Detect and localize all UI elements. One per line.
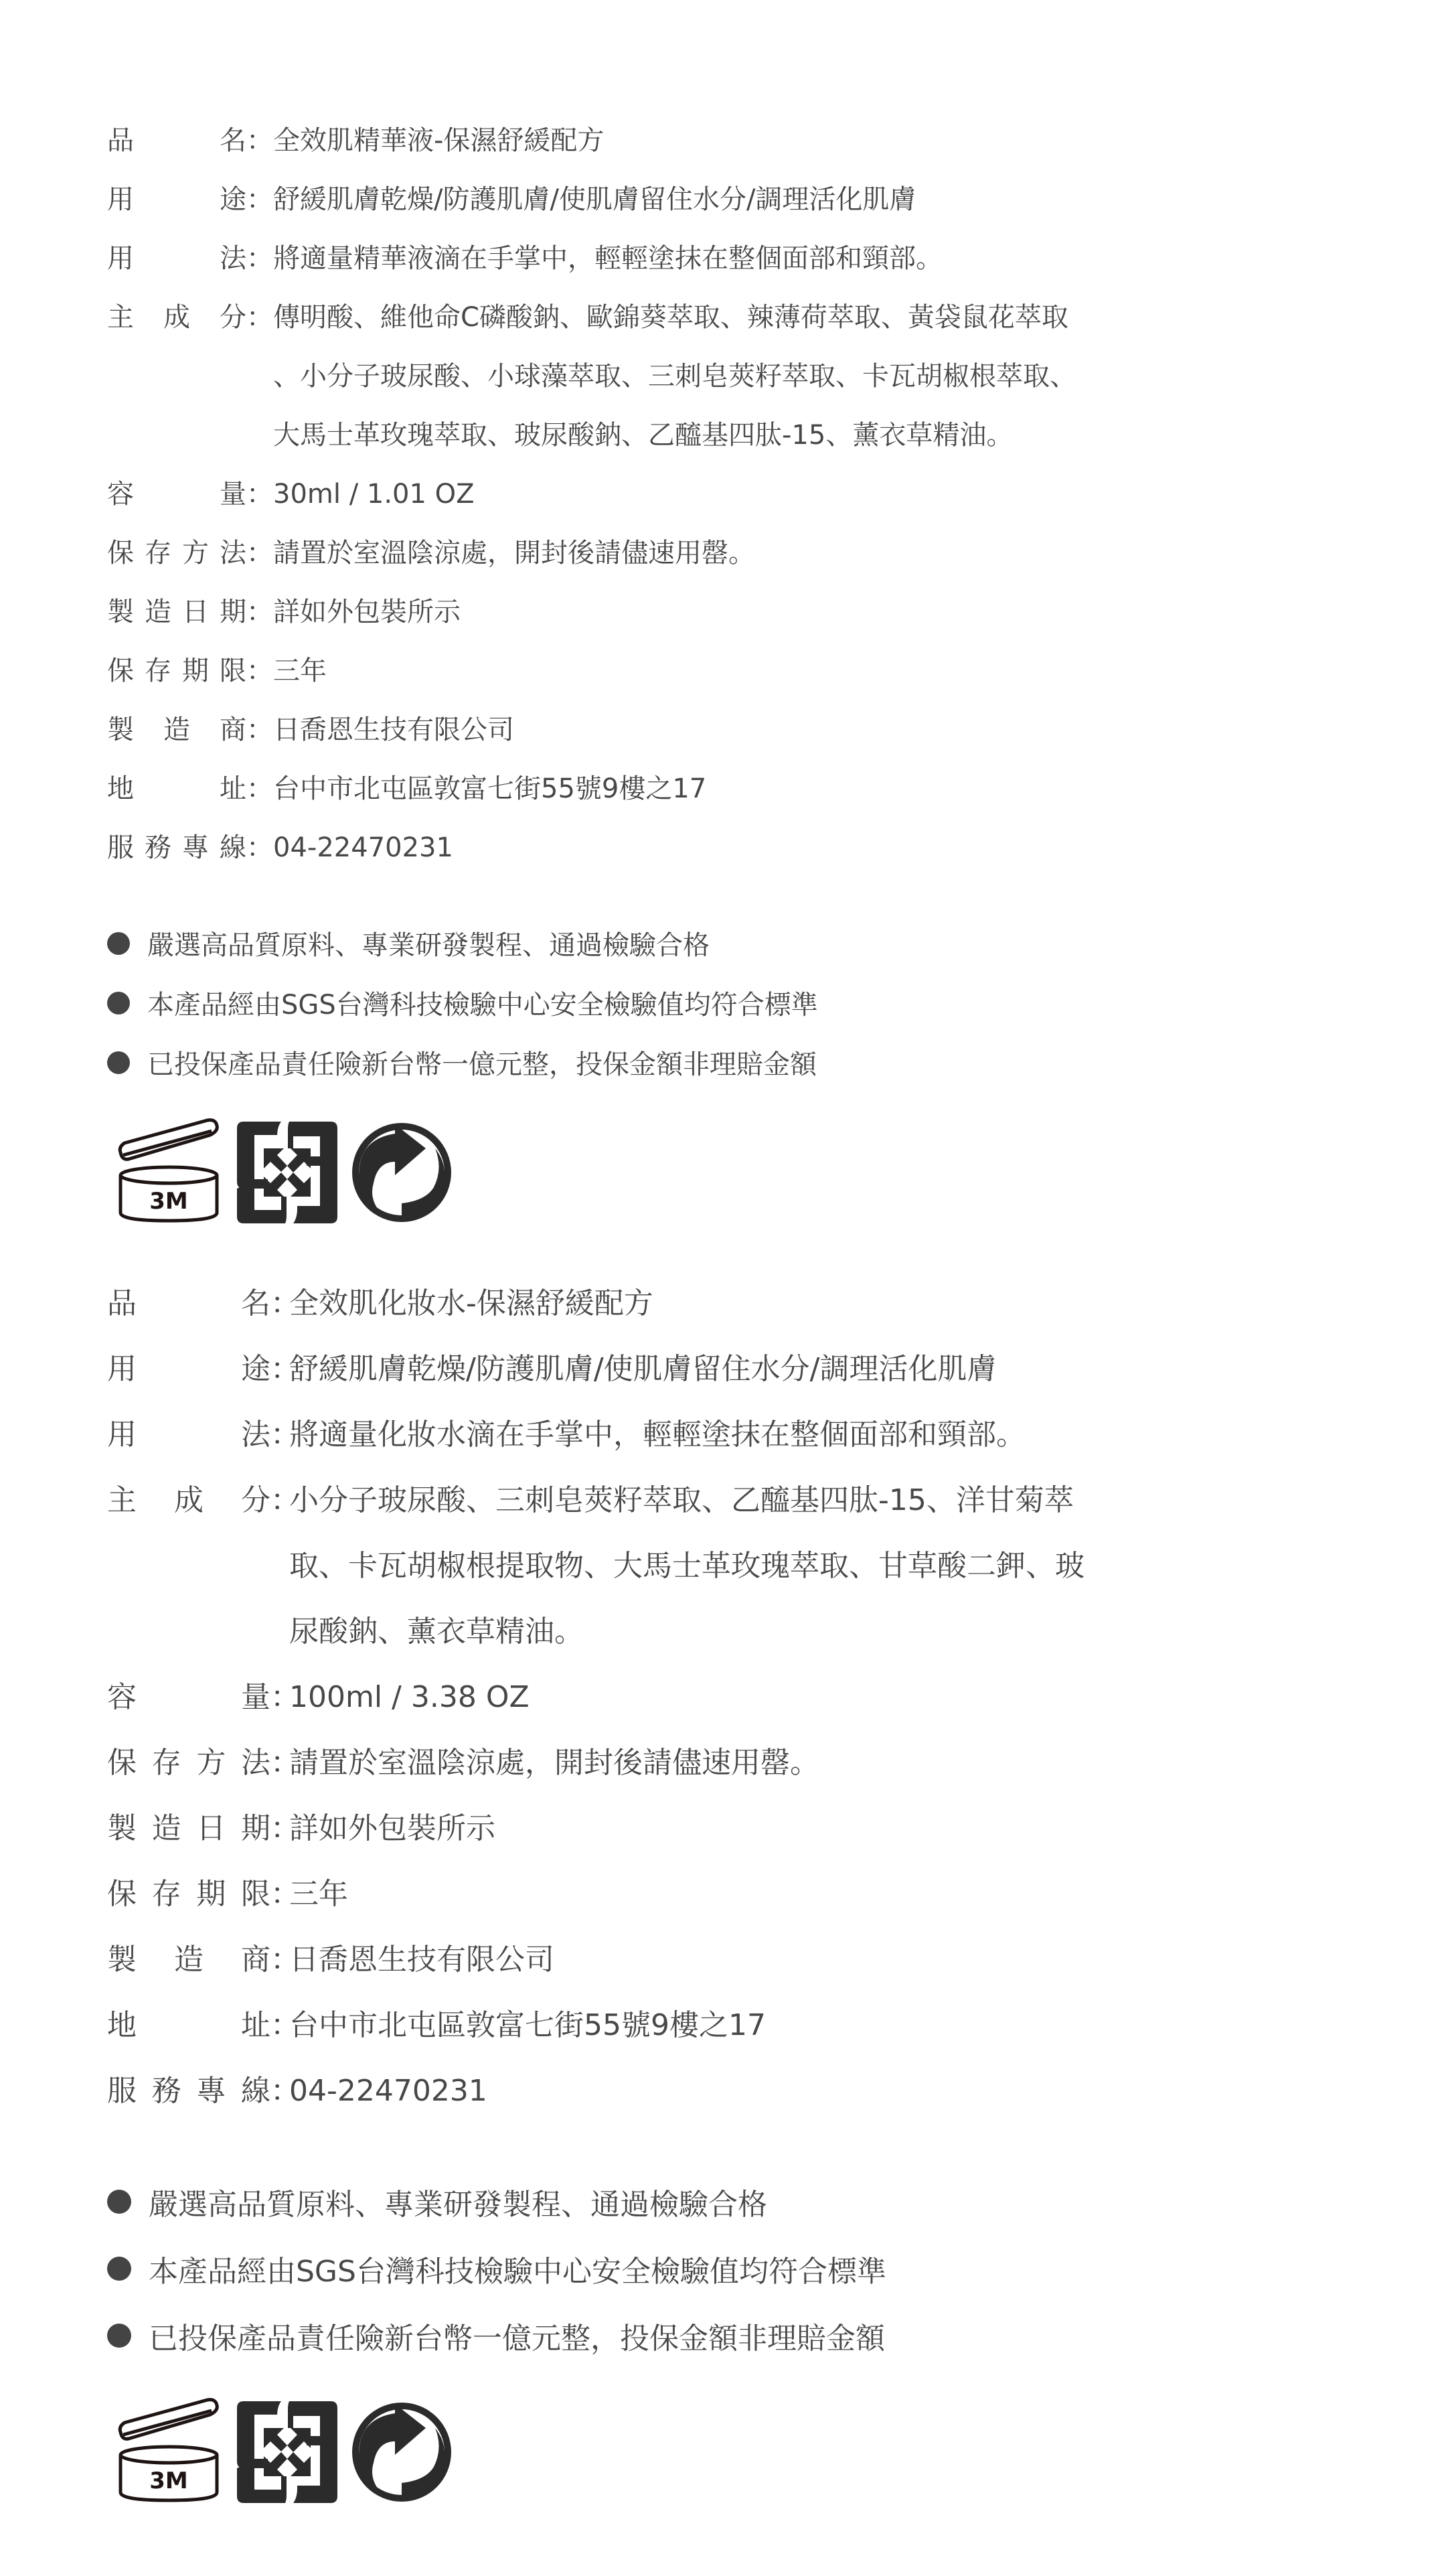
spec-row-volume: 容 量 ： 30ml / 1.01 OZ bbox=[107, 465, 1076, 524]
ingredients-line: 尿酸鈉、薰衣草精油。 bbox=[289, 1599, 1084, 1665]
bullet-dot-icon bbox=[107, 2190, 131, 2214]
spec-label: 用 法 bbox=[107, 229, 246, 288]
spec-value: 日喬恩生技有限公司 bbox=[273, 700, 514, 759]
ingredients-value: 小分子玻尿酸、三刺皂莢籽萃取、乙醯基四肽-15、洋甘菊萃 取、卡瓦胡椒根提取物、… bbox=[289, 1468, 1084, 1665]
colon: ： bbox=[270, 1468, 289, 1533]
bullet-dot-icon bbox=[107, 1051, 130, 1074]
certification-icons: 3M bbox=[115, 1115, 1076, 1223]
colon: ： bbox=[270, 1337, 289, 1402]
spec-row-ingredients: 主 成 分 ： 傳明酸、維他命C磷酸鈉、歐錦葵萃取、辣薄荷萃取、黃袋鼠花萃取 、… bbox=[107, 288, 1076, 465]
colon: ： bbox=[246, 641, 273, 700]
spec-row-usage: 用 法 ： 將適量精華液滴在手掌中，輕輕塗抹在整個面部和頸部。 bbox=[107, 229, 1076, 288]
spec-label: 製 造 商 bbox=[107, 700, 246, 759]
spec-label: 製 造 商 bbox=[107, 1927, 270, 1993]
colon: ： bbox=[270, 1862, 289, 1927]
spec-row-purpose: 用 途 ： 舒緩肌膚乾燥/防護肌膚/使肌膚留住水分/調理活化肌膚 bbox=[107, 1337, 1084, 1402]
spec-row-manufacture-date: 製 造 日 期 ： 詳如外包裝所示 bbox=[107, 583, 1076, 641]
green-dot-icon bbox=[351, 2401, 453, 2503]
spec-value: 請置於室溫陰涼處，開封後請儘速用罄。 bbox=[289, 1730, 819, 1796]
spec-row-manufacture-date: 製 造 日 期 ： 詳如外包裝所示 bbox=[107, 1796, 1084, 1862]
spec-label: 主 成 分 bbox=[107, 288, 246, 347]
spec-value: 04-22470231 bbox=[289, 2058, 487, 2124]
green-dot-icon bbox=[351, 1122, 453, 1223]
spec-row-address: 地 址 ： 台中市北屯區敦富七街55號9樓之17 bbox=[107, 759, 1076, 818]
bullet-item: 本產品經由SGS台灣科技檢驗中心安全檢驗值均符合標準 bbox=[107, 2235, 1084, 2302]
period-after-opening-jar-icon: 3M bbox=[115, 2395, 224, 2503]
spec-value: 台中市北屯區敦富七街55號9樓之17 bbox=[289, 1993, 766, 2058]
spec-row-purpose: 用 途 ： 舒緩肌膚乾燥/防護肌膚/使肌膚留住水分/調理活化肌膚 bbox=[107, 170, 1076, 229]
colon: ： bbox=[270, 1730, 289, 1796]
colon: ： bbox=[246, 288, 273, 347]
spec-label: 製 造 日 期 bbox=[107, 1796, 270, 1862]
colon: ： bbox=[246, 465, 273, 524]
colon: ： bbox=[270, 1993, 289, 2058]
spec-label: 品 名 bbox=[107, 1271, 270, 1337]
bullet-dot-icon bbox=[107, 2324, 131, 2348]
spec-row-storage: 保 存 方 法 ： 請置於室溫陰涼處，開封後請儘速用罄。 bbox=[107, 524, 1076, 583]
spec-row-usage: 用 法 ： 將適量化妝水滴在手掌中，輕輕塗抹在整個面部和頸部。 bbox=[107, 1402, 1084, 1468]
spec-value: 舒緩肌膚乾燥/防護肌膚/使肌膚留住水分/調理活化肌膚 bbox=[289, 1337, 996, 1402]
spec-value: 請置於室溫陰涼處，開封後請儘速用罄。 bbox=[273, 524, 755, 583]
spec-label: 主 成 分 bbox=[107, 1468, 270, 1533]
product-spec-toner: 品 名 ： 全效肌化妝水-保濕舒緩配方 用 途 ： 舒緩肌膚乾燥/防護肌膚/使肌… bbox=[107, 1271, 1084, 2503]
ingredients-line: 傳明酸、維他命C磷酸鈉、歐錦葵萃取、辣薄荷萃取、黃袋鼠花萃取 bbox=[273, 288, 1076, 347]
battery-recycling-icon bbox=[237, 1122, 337, 1223]
spec-label: 保 存 期 限 bbox=[107, 641, 246, 700]
spec-value: 將適量精華液滴在手掌中，輕輕塗抹在整個面部和頸部。 bbox=[273, 229, 943, 288]
spec-row-address: 地 址 ： 台中市北屯區敦富七街55號9樓之17 bbox=[107, 1993, 1084, 2058]
bullet-dot-icon bbox=[107, 932, 130, 955]
bullet-item: 本產品經由SGS台灣科技檢驗中心安全檢驗值均符合標準 bbox=[107, 973, 1076, 1033]
spec-label: 保 存 方 法 bbox=[107, 524, 246, 583]
battery-recycling-icon bbox=[237, 2401, 337, 2503]
bullet-item: 嚴選高品質原料、專業研發製程、通過檢驗合格 bbox=[107, 913, 1076, 973]
ingredients-line: 大馬士革玫瑰萃取、玻尿酸鈉、乙醯基四肽-15、薰衣草精油。 bbox=[273, 406, 1076, 465]
spec-label: 服 務 專 線 bbox=[107, 2058, 270, 2124]
spec-row-shelf-life: 保 存 期 限 ： 三年 bbox=[107, 1862, 1084, 1927]
spec-row-product-name: 品 名 ： 全效肌化妝水-保濕舒緩配方 bbox=[107, 1271, 1084, 1337]
spec-row-product-name: 品 名 ： 全效肌精華液-保濕舒緩配方 bbox=[107, 111, 1076, 170]
spec-row-manufacturer: 製 造 商 ： 日喬恩生技有限公司 bbox=[107, 1927, 1084, 1993]
colon: ： bbox=[270, 1402, 289, 1468]
colon: ： bbox=[246, 700, 273, 759]
spec-value: 三年 bbox=[273, 641, 327, 700]
colon: ： bbox=[270, 1796, 289, 1862]
spec-value: 100ml / 3.38 OZ bbox=[289, 1665, 530, 1730]
colon: ： bbox=[246, 583, 273, 641]
bullet-dot-icon bbox=[107, 2257, 131, 2281]
bullet-item: 已投保產品責任險新台幣一億元整，投保金額非理賠金額 bbox=[107, 1033, 1076, 1092]
spec-row-service-line: 服 務 專 線 ： 04-22470231 bbox=[107, 2058, 1084, 2124]
colon: ： bbox=[270, 1665, 289, 1730]
spec-value: 30ml / 1.01 OZ bbox=[273, 465, 475, 524]
spec-label: 地 址 bbox=[107, 1993, 270, 2058]
spec-row-service-line: 服 務 專 線 ： 04-22470231 bbox=[107, 818, 1076, 877]
spec-list: 品 名 ： 全效肌精華液-保濕舒緩配方 用 途 ： 舒緩肌膚乾燥/防護肌膚/使肌… bbox=[107, 111, 1076, 877]
svg-text:3M: 3M bbox=[149, 1188, 188, 1215]
spec-value: 日喬恩生技有限公司 bbox=[289, 1927, 554, 1993]
quality-bullet-list: 嚴選高品質原料、專業研發製程、通過檢驗合格 本產品經由SGS台灣科技檢驗中心安全… bbox=[107, 2168, 1084, 2369]
spec-value: 04-22470231 bbox=[273, 818, 453, 877]
spec-label: 保 存 期 限 bbox=[107, 1862, 270, 1927]
quality-bullet-list: 嚴選高品質原料、專業研發製程、通過檢驗合格 本產品經由SGS台灣科技檢驗中心安全… bbox=[107, 913, 1076, 1092]
bullet-item: 已投保產品責任險新台幣一億元整，投保金額非理賠金額 bbox=[107, 2302, 1084, 2369]
bullet-item: 嚴選高品質原料、專業研發製程、通過檢驗合格 bbox=[107, 2168, 1084, 2235]
spec-label: 容 量 bbox=[107, 1665, 270, 1730]
ingredients-value: 傳明酸、維他命C磷酸鈉、歐錦葵萃取、辣薄荷萃取、黃袋鼠花萃取 、小分子玻尿酸、小… bbox=[273, 288, 1076, 465]
colon: ： bbox=[246, 229, 273, 288]
certification-icons: 3M bbox=[115, 2395, 1084, 2503]
spec-label: 地 址 bbox=[107, 759, 246, 818]
spec-value: 台中市北屯區敦富七街55號9樓之17 bbox=[273, 759, 706, 818]
colon: ： bbox=[270, 2058, 289, 2124]
svg-text:3M: 3M bbox=[149, 2468, 188, 2494]
bullet-dot-icon bbox=[107, 992, 130, 1014]
period-after-opening-jar-icon: 3M bbox=[115, 1115, 224, 1223]
colon: ： bbox=[246, 759, 273, 818]
spec-value: 將適量化妝水滴在手掌中，輕輕塗抹在整個面部和頸部。 bbox=[289, 1402, 1026, 1468]
spec-label: 製 造 日 期 bbox=[107, 583, 246, 641]
colon: ： bbox=[270, 1271, 289, 1337]
spec-row-ingredients: 主 成 分 ： 小分子玻尿酸、三刺皂莢籽萃取、乙醯基四肽-15、洋甘菊萃 取、卡… bbox=[107, 1468, 1084, 1665]
colon: ： bbox=[246, 170, 273, 229]
ingredients-line: 小分子玻尿酸、三刺皂莢籽萃取、乙醯基四肽-15、洋甘菊萃 bbox=[289, 1468, 1084, 1533]
spec-value: 全效肌精華液-保濕舒緩配方 bbox=[273, 111, 604, 170]
spec-label: 用 途 bbox=[107, 1337, 270, 1402]
spec-label: 服 務 專 線 bbox=[107, 818, 246, 877]
spec-value: 全效肌化妝水-保濕舒緩配方 bbox=[289, 1271, 653, 1337]
spec-row-storage: 保 存 方 法 ： 請置於室溫陰涼處，開封後請儘速用罄。 bbox=[107, 1730, 1084, 1796]
spec-label: 品 名 bbox=[107, 111, 246, 170]
ingredients-line: 、小分子玻尿酸、小球藻萃取、三刺皂莢籽萃取、卡瓦胡椒根萃取、 bbox=[273, 347, 1076, 406]
spec-value: 詳如外包裝所示 bbox=[289, 1796, 495, 1862]
colon: ： bbox=[246, 818, 273, 877]
spec-label: 用 法 bbox=[107, 1402, 270, 1468]
product-spec-serum: 品 名 ： 全效肌精華液-保濕舒緩配方 用 途 ： 舒緩肌膚乾燥/防護肌膚/使肌… bbox=[107, 111, 1076, 1223]
spec-value: 詳如外包裝所示 bbox=[273, 583, 461, 641]
spec-label: 用 途 bbox=[107, 170, 246, 229]
spec-row-shelf-life: 保 存 期 限 ： 三年 bbox=[107, 641, 1076, 700]
ingredients-line: 取、卡瓦胡椒根提取物、大馬士革玫瑰萃取、甘草酸二鉀、玻 bbox=[289, 1533, 1084, 1599]
spec-row-manufacturer: 製 造 商 ： 日喬恩生技有限公司 bbox=[107, 700, 1076, 759]
colon: ： bbox=[246, 111, 273, 170]
colon: ： bbox=[246, 524, 273, 583]
spec-list: 品 名 ： 全效肌化妝水-保濕舒緩配方 用 途 ： 舒緩肌膚乾燥/防護肌膚/使肌… bbox=[107, 1271, 1084, 2124]
spec-value: 舒緩肌膚乾燥/防護肌膚/使肌膚留住水分/調理活化肌膚 bbox=[273, 170, 916, 229]
colon: ： bbox=[270, 1927, 289, 1993]
spec-row-volume: 容 量 ： 100ml / 3.38 OZ bbox=[107, 1665, 1084, 1730]
spec-label: 容 量 bbox=[107, 465, 246, 524]
spec-value: 三年 bbox=[289, 1862, 348, 1927]
spec-label: 保 存 方 法 bbox=[107, 1730, 270, 1796]
